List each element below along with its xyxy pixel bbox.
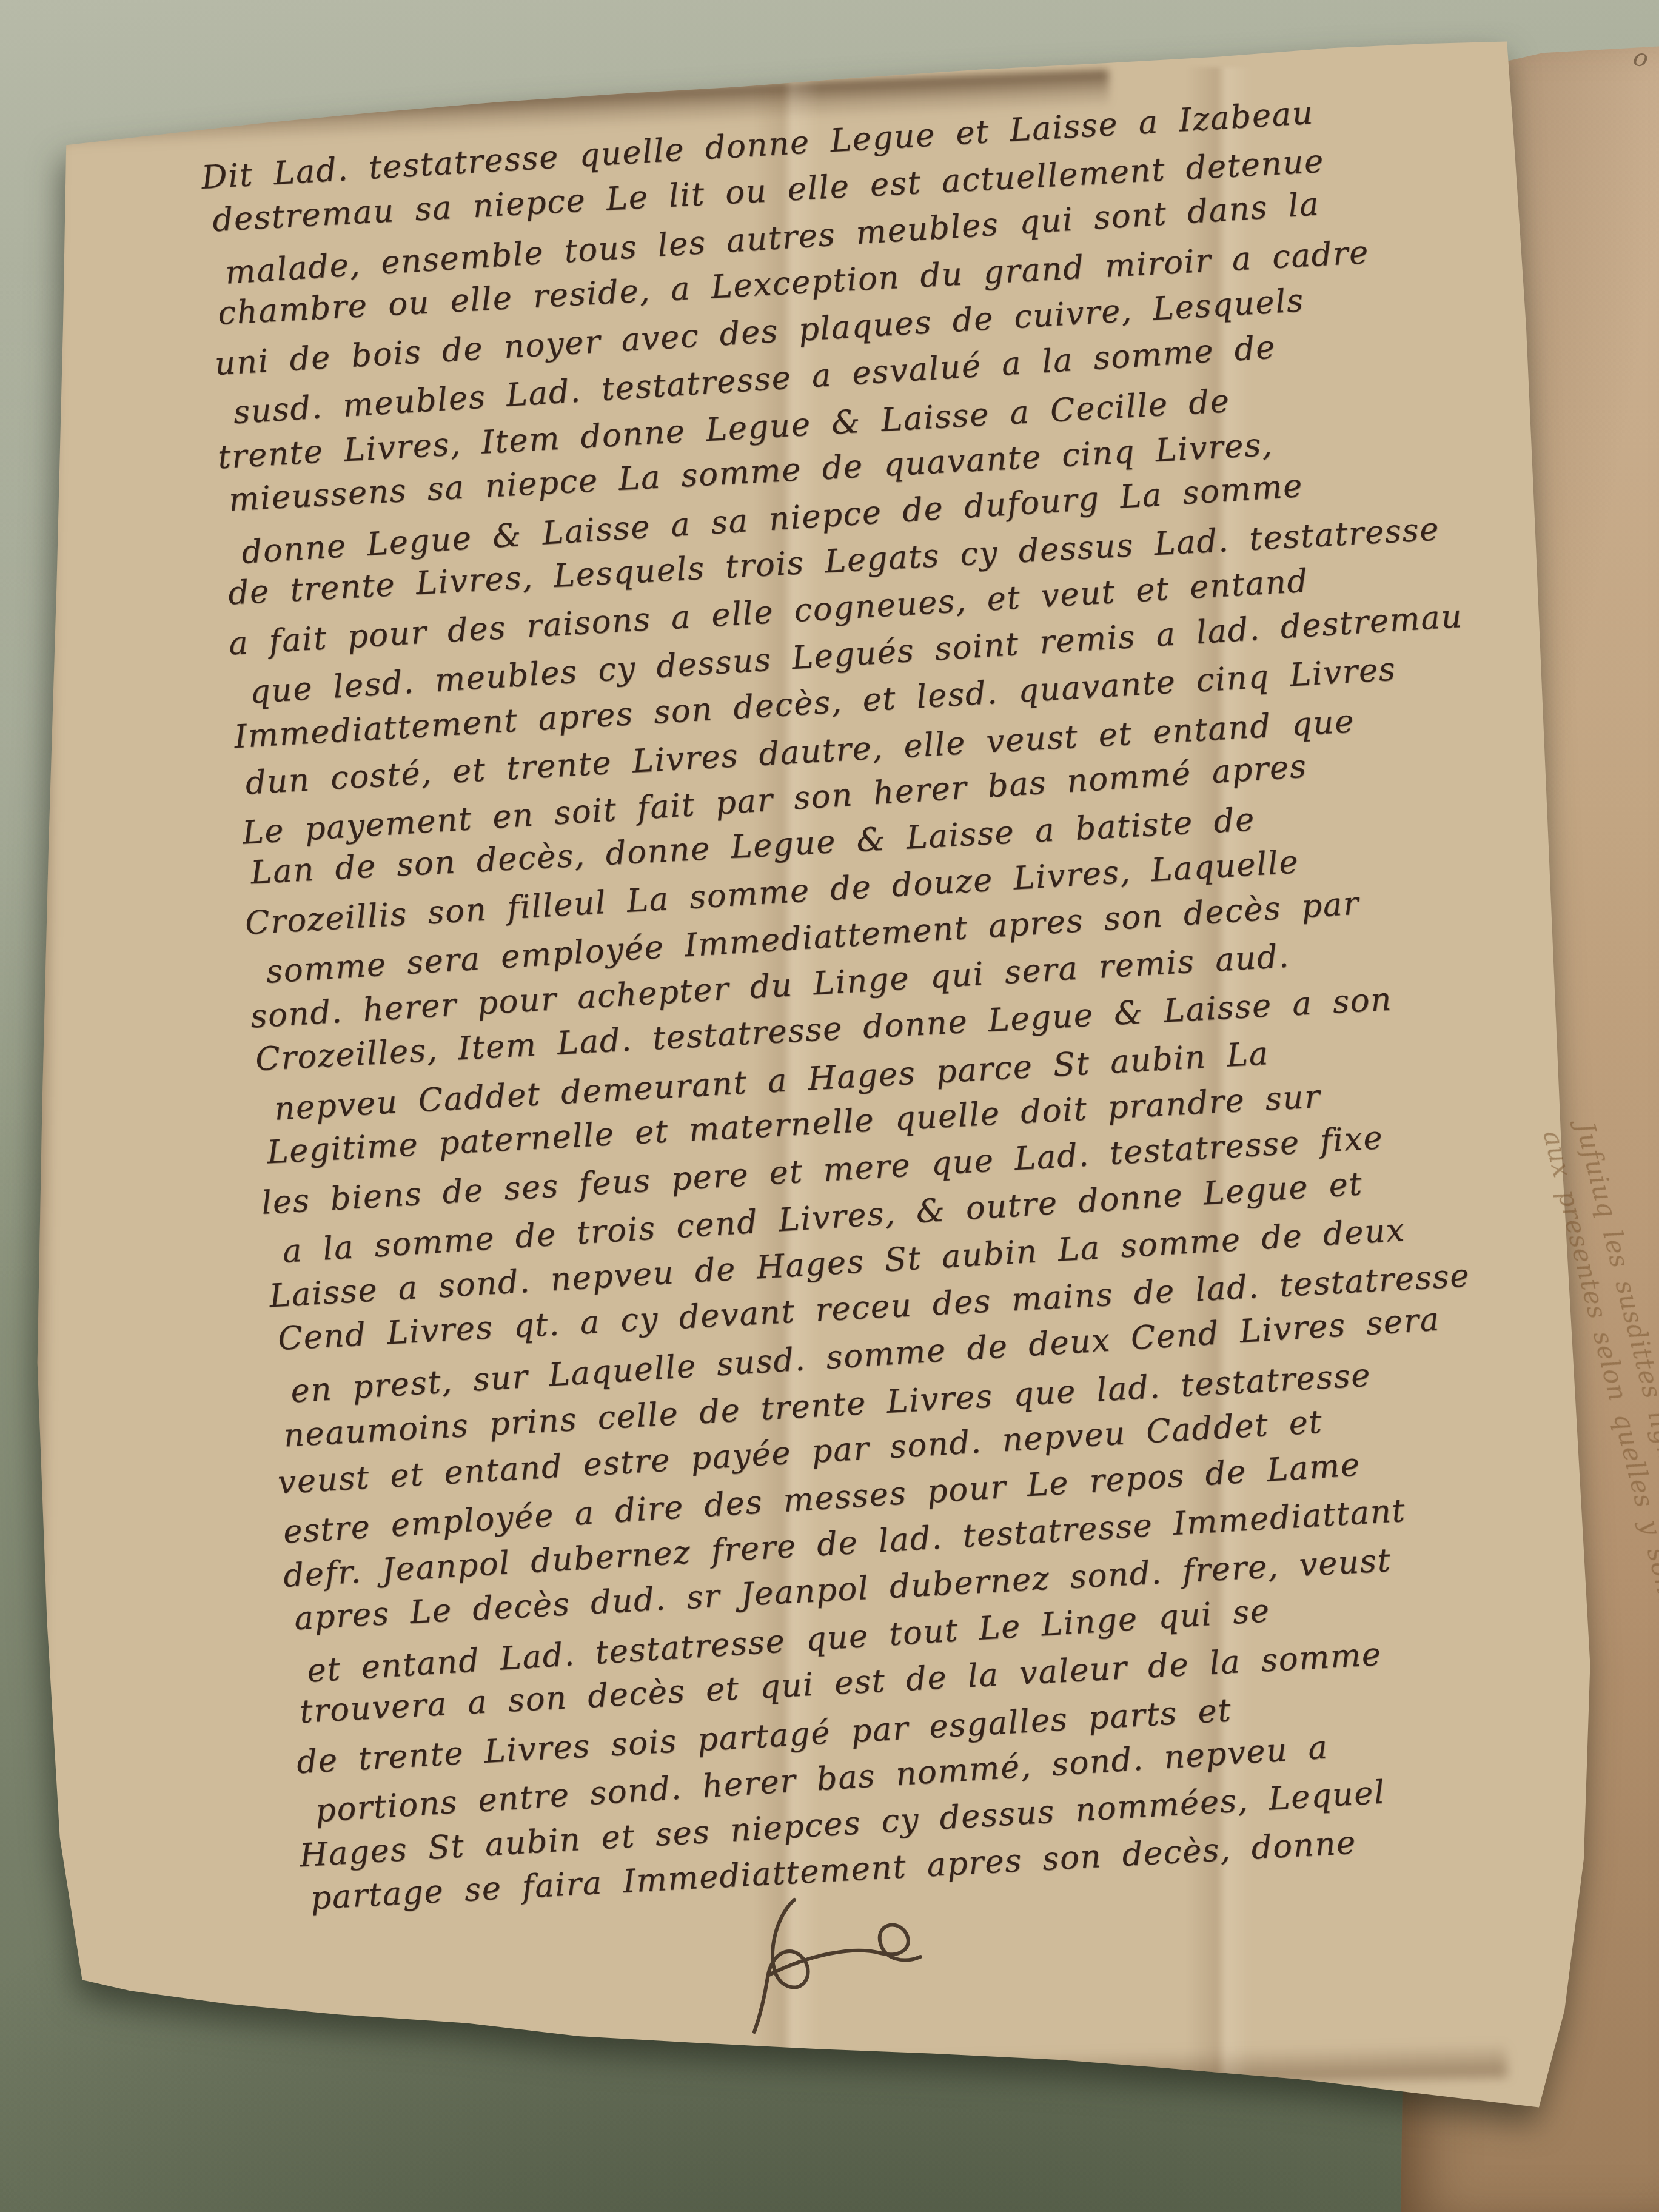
manuscript-page: Dit Lad. testatresse quelle donne Legue … <box>18 24 1619 2183</box>
manuscript-text-block: Dit Lad. testatresse quelle donne Legue … <box>200 75 1659 1926</box>
manuscript-page-wrap: Dit Lad. testatresse quelle donne Legue … <box>0 0 1659 2212</box>
paraph-flourish <box>703 1889 958 2071</box>
burnt-left-edge <box>18 132 74 2032</box>
